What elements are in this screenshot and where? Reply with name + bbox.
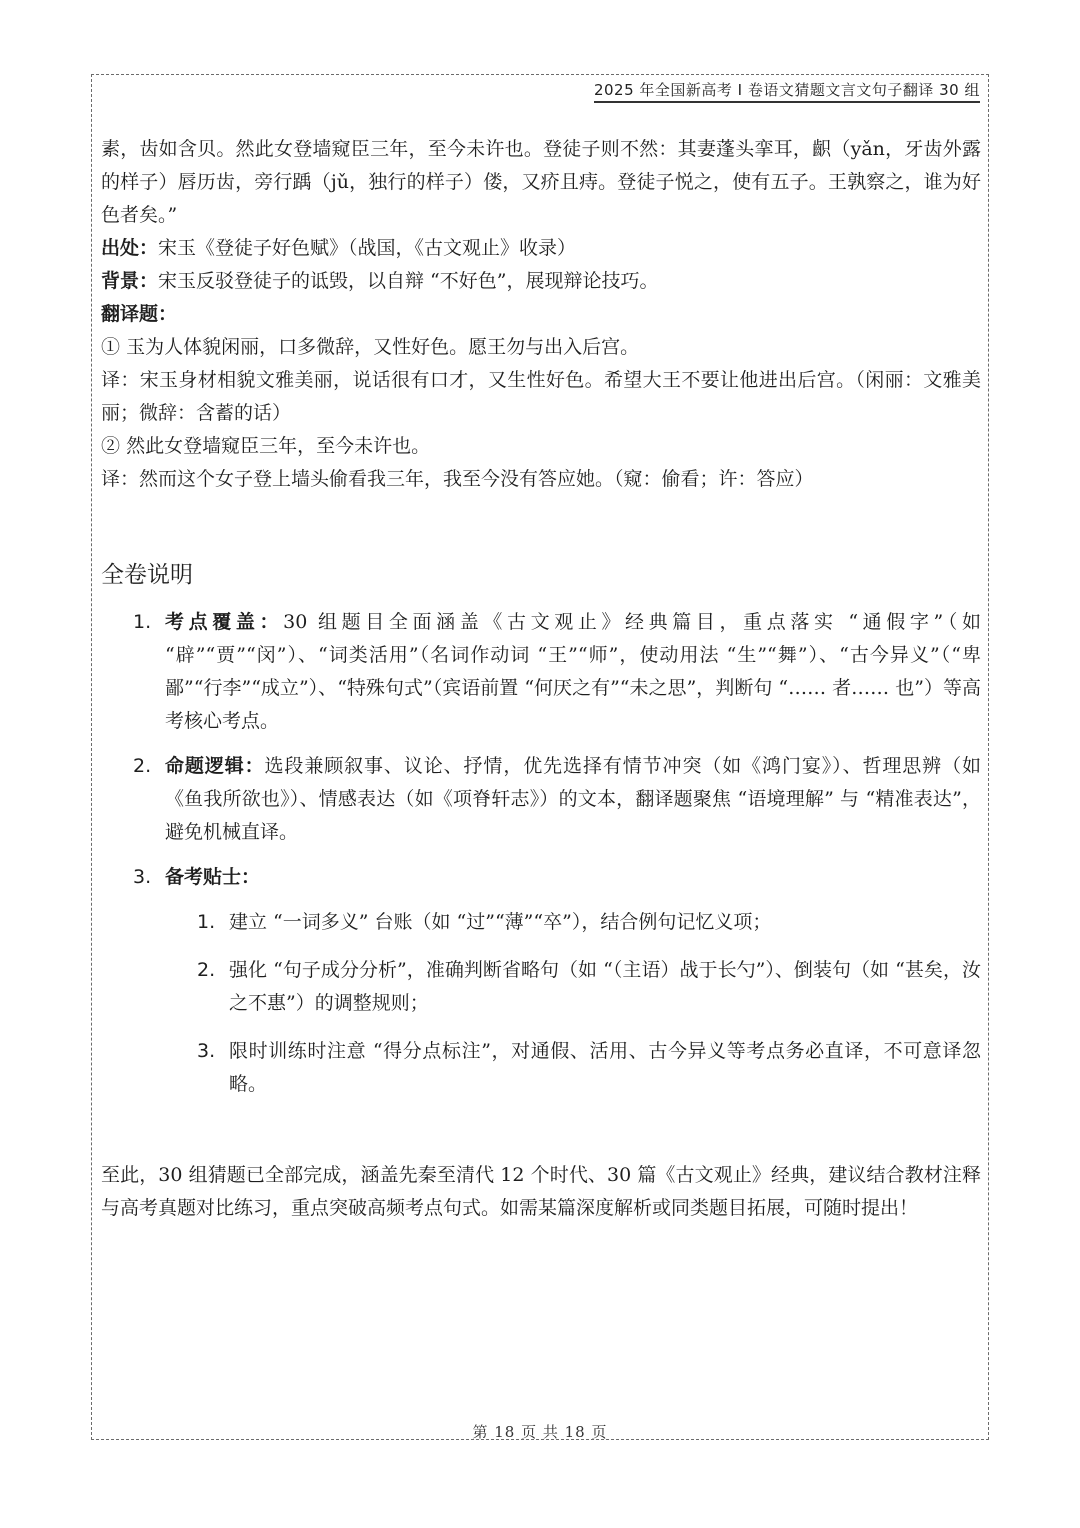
list-number: 2.: [197, 954, 215, 987]
list-number: 2.: [133, 750, 151, 783]
point-label: 考点覆盖：: [165, 611, 283, 633]
point-text: 30 组题目全面涵盖《古文观止》经典篇目，重点落实 “通假字”（如 “辟”“贾”…: [165, 611, 981, 732]
page-content: 素，齿如含贝。然此女登墙窥臣三年，至今未许也。登徒子则不然：其妻蓬头挛耳，齞（y…: [101, 133, 981, 1225]
point-label: 备考贴士：: [165, 866, 260, 888]
translation-heading: 翻译题：: [101, 298, 981, 331]
translation-item-1-original: ① 玉为人体貌闲丽，口多微辞，又性好色。愿王勿与出入后宫。: [101, 331, 981, 364]
item-original-text: 然此女登墙窥臣三年，至今未许也。: [126, 435, 430, 457]
tips-list: 1. 建立 “一词多义” 台账（如 “过”“薄”“卒”），结合例句记忆义项； 2…: [165, 906, 981, 1101]
page-frame: 2025 年全国新高考 I 卷语文猜题文言文句子翻译 30 组 素，齿如含贝。然…: [91, 74, 989, 1440]
source-label: 出处：: [101, 237, 158, 259]
tip-item-1: 1. 建立 “一词多义” 台账（如 “过”“薄”“卒”），结合例句记忆义项；: [165, 906, 981, 939]
list-number: 1.: [133, 606, 151, 639]
background-label: 背景：: [101, 270, 158, 292]
running-header: 2025 年全国新高考 I 卷语文猜题文言文句子翻译 30 组: [594, 79, 980, 103]
item-marker: ①: [101, 336, 120, 358]
tip-item-3: 3. 限时训练时注意 “得分点标注”，对通假、活用、古今异义等考点务必直译，不可…: [165, 1035, 981, 1101]
translation-item-2-original: ② 然此女登墙窥臣三年，至今未许也。: [101, 430, 981, 463]
list-number: 1.: [197, 906, 215, 939]
translation-item-2-translation: 译：然而这个女子登上墙头偷看我三年，我至今没有答应她。（窥：偷看；许：答应）: [101, 463, 981, 496]
point-text: 选段兼顾叙事、议论、抒情，优先选择有情节冲突（如《鸿门宴》）、哲理思辨（如《鱼我…: [165, 755, 981, 843]
passage-continuation: 素，齿如含贝。然此女登墙窥臣三年，至今未许也。登徒子则不然：其妻蓬头挛耳，齞（y…: [101, 133, 981, 232]
summary-point-3: 3. 备考贴士： 1. 建立 “一词多义” 台账（如 “过”“薄”“卒”），结合…: [101, 861, 981, 1101]
summary-point-2: 2. 命题逻辑：选段兼顾叙事、议论、抒情，优先选择有情节冲突（如《鸿门宴》）、哲…: [101, 750, 981, 849]
background-text: 宋玉反驳登徒子的诋毁，以自辩 “不好色”，展现辩论技巧。: [158, 270, 658, 292]
tip-text: 建立 “一词多义” 台账（如 “过”“薄”“卒”），结合例句记忆义项；: [229, 911, 771, 933]
tip-text: 限时训练时注意 “得分点标注”，对通假、活用、古今异义等考点务必直译，不可意译忽…: [229, 1040, 981, 1095]
closing-paragraph: 至此，30 组猜题已全部完成，涵盖先秦至清代 12 个时代、30 篇《古文观止》…: [101, 1159, 981, 1225]
background-line: 背景：宋玉反驳登徒子的诋毁，以自辩 “不好色”，展现辩论技巧。: [101, 265, 981, 298]
item-original-text: 玉为人体貌闲丽，口多微辞，又性好色。愿王勿与出入后宫。: [126, 336, 639, 358]
list-number: 3.: [197, 1035, 215, 1068]
summary-title: 全卷说明: [101, 558, 981, 592]
item-marker: ②: [101, 435, 120, 457]
summary-point-1: 1. 考点覆盖：30 组题目全面涵盖《古文观止》经典篇目，重点落实 “通假字”（…: [101, 606, 981, 738]
page-number-footer: 第 18 页 共 18 页: [92, 1421, 988, 1442]
source-line: 出处：宋玉《登徒子好色赋》（战国，《古文观止》收录）: [101, 232, 981, 265]
translation-item-1-translation: 译：宋玉身材相貌文雅美丽，说话很有口才，又生性好色。希望大王不要让他进出后宫。（…: [101, 364, 981, 430]
point-label: 命题逻辑：: [165, 755, 265, 777]
tip-item-2: 2. 强化 “句子成分分析”，准确判断省略句（如 “（主语）战于长勺”）、倒装句…: [165, 954, 981, 1020]
tip-text: 强化 “句子成分分析”，准确判断省略句（如 “（主语）战于长勺”）、倒装句（如 …: [229, 959, 981, 1014]
list-number: 3.: [133, 861, 151, 894]
source-text: 宋玉《登徒子好色赋》（战国，《古文观止》收录）: [158, 237, 576, 259]
summary-list: 1. 考点覆盖：30 组题目全面涵盖《古文观止》经典篇目，重点落实 “通假字”（…: [101, 606, 981, 1101]
